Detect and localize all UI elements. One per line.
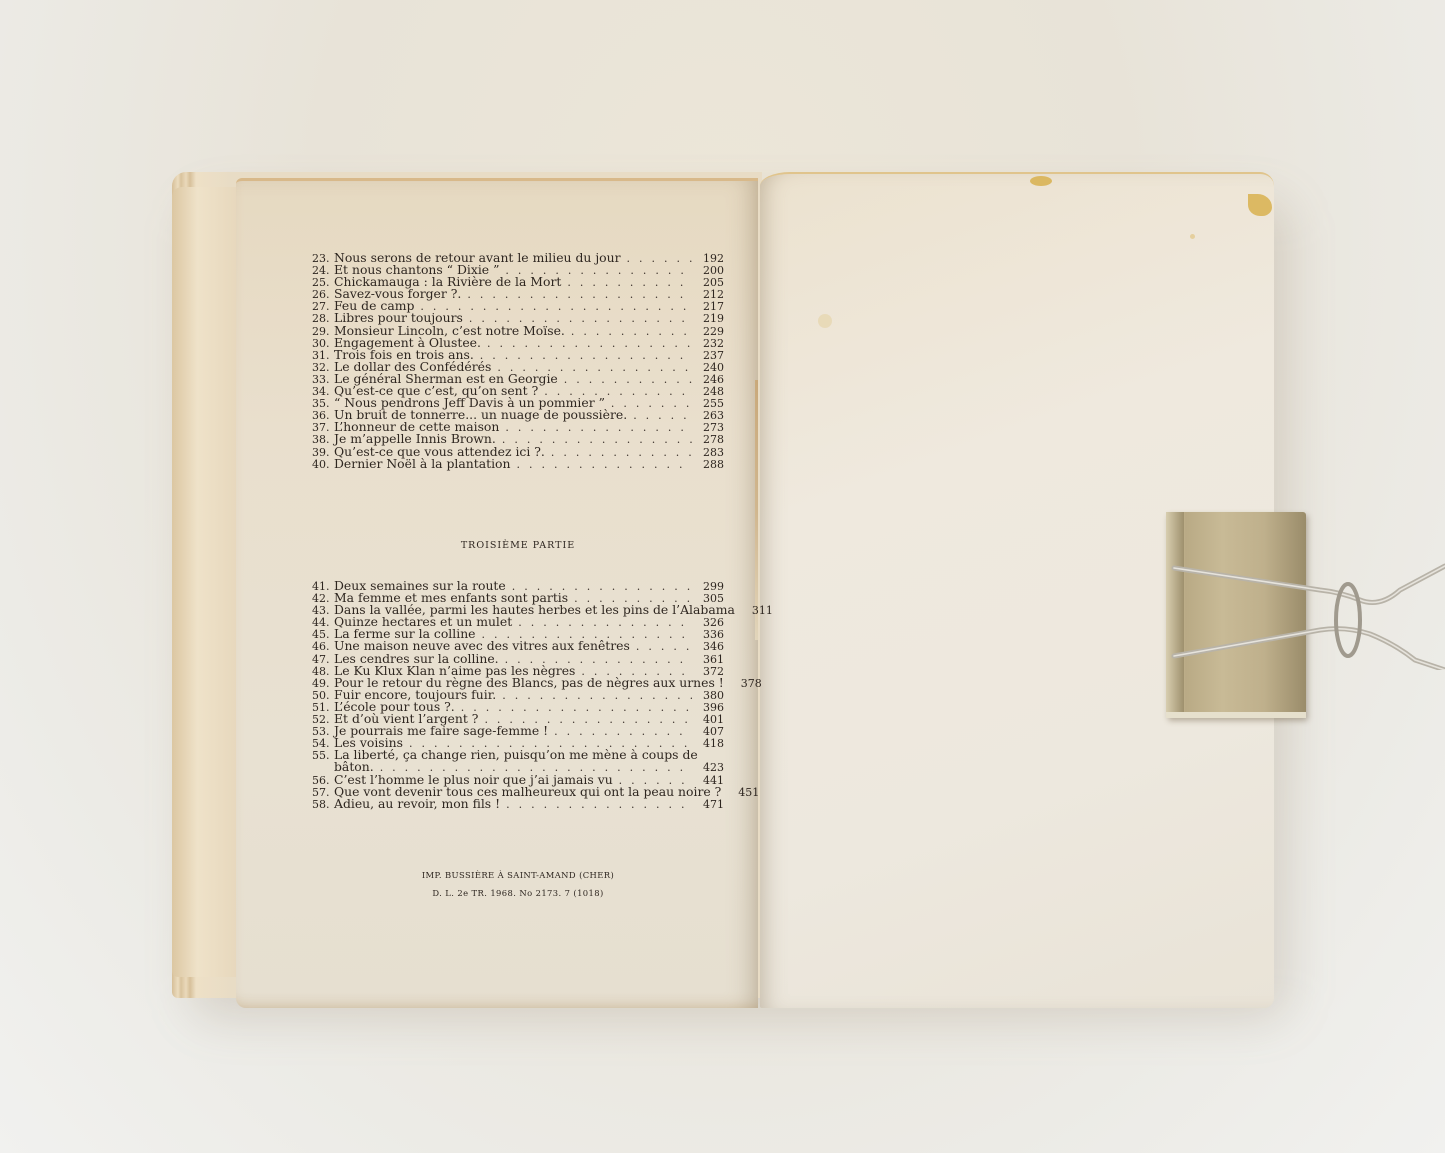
chapter-title: Adieu, au revoir, mon fils !	[334, 798, 500, 810]
leader-dots: ........................................	[517, 459, 693, 471]
toc-part-2: 23.Nous serons de retour avant le milieu…	[312, 252, 724, 470]
page-number: 346	[698, 641, 724, 653]
chapter-number: 28.	[312, 313, 334, 325]
page-number: 451	[733, 787, 759, 799]
page-number: 232	[698, 338, 724, 350]
page-number: 418	[698, 738, 724, 750]
chapter-number: 57.	[312, 787, 334, 799]
toc-part-3: 41.Deux semaines sur la route...........…	[312, 580, 724, 810]
age-stain	[1248, 194, 1272, 216]
leader-dots: ........................................	[627, 253, 692, 265]
leader-dots: ........................................	[636, 641, 692, 653]
page-number: 219	[698, 313, 724, 325]
leader-dots: ........................................	[505, 422, 692, 434]
leader-dots: ........................................	[461, 702, 692, 714]
page-number: 283	[698, 447, 724, 459]
chapter-number: 55.	[312, 750, 334, 762]
age-stain	[1030, 176, 1052, 186]
toc-entry: 40.Dernier Noël à la plantation.........…	[312, 458, 724, 470]
chapter-number: 46.	[312, 641, 334, 653]
age-stain	[1190, 234, 1195, 239]
imprint-line-1: IMP. BUSSIÈRE À SAINT-AMAND (CHER)	[312, 866, 724, 884]
leader-dots: ........................................	[487, 338, 692, 350]
leader-dots: ........................................	[571, 326, 692, 338]
chapter-number: 30.	[312, 338, 334, 350]
leader-dots: ........................................	[518, 617, 692, 629]
section-heading: Troisième partie	[312, 540, 724, 551]
leader-dots: ........................................	[554, 726, 692, 738]
photo-scene: 23.Nous serons de retour avant le milieu…	[0, 0, 1445, 1153]
page-number: 278	[698, 434, 724, 446]
chapter-number: 40.	[312, 459, 334, 471]
leader-dots: ........................................	[633, 410, 692, 422]
imprint-line-2: D. L. 2e TR. 1968. No 2173. 7 (1018)	[312, 884, 724, 902]
leader-dots: ........................................	[480, 350, 692, 362]
leader-dots: ........................................	[564, 374, 692, 386]
chapter-number: 58.	[312, 799, 334, 811]
binding-thread	[755, 380, 758, 640]
page-number: 378	[736, 678, 762, 690]
toc-entry: 55.La liberté, ça change rien, puisqu’on…	[312, 749, 724, 761]
leader-dots: ........................................	[506, 799, 692, 811]
chapter-number: 48.	[312, 666, 334, 678]
leader-dots: ........................................	[467, 289, 692, 301]
chapter-number: 29.	[312, 326, 334, 338]
chapter-title: La liberté, ça change rien, puisqu’on me…	[334, 749, 698, 761]
leader-dots: ........................................	[502, 690, 692, 702]
age-stain	[818, 314, 832, 328]
page-number: 311	[747, 605, 773, 617]
page-number: 229	[698, 326, 724, 338]
page-number: 288	[698, 459, 724, 471]
chapter-number: 56.	[312, 775, 334, 787]
chapter-title: Dernier Noël à la plantation	[334, 458, 511, 470]
page-number: 471	[698, 799, 724, 811]
page-number: 423	[698, 762, 724, 774]
leader-dots: ........................................	[551, 447, 692, 459]
chapter-number: 47.	[312, 654, 334, 666]
binder-clip-wire-icon[interactable]	[1170, 560, 1445, 670]
leader-dots: ........................................	[567, 277, 692, 289]
chapter-number: 38.	[312, 434, 334, 446]
page-number: 361	[698, 654, 724, 666]
toc-entry: 58.Adieu, au revoir, mon fils !.........…	[312, 798, 724, 810]
chapter-number: 39.	[312, 447, 334, 459]
printer-imprint: IMP. BUSSIÈRE À SAINT-AMAND (CHER) D. L.…	[312, 866, 724, 902]
